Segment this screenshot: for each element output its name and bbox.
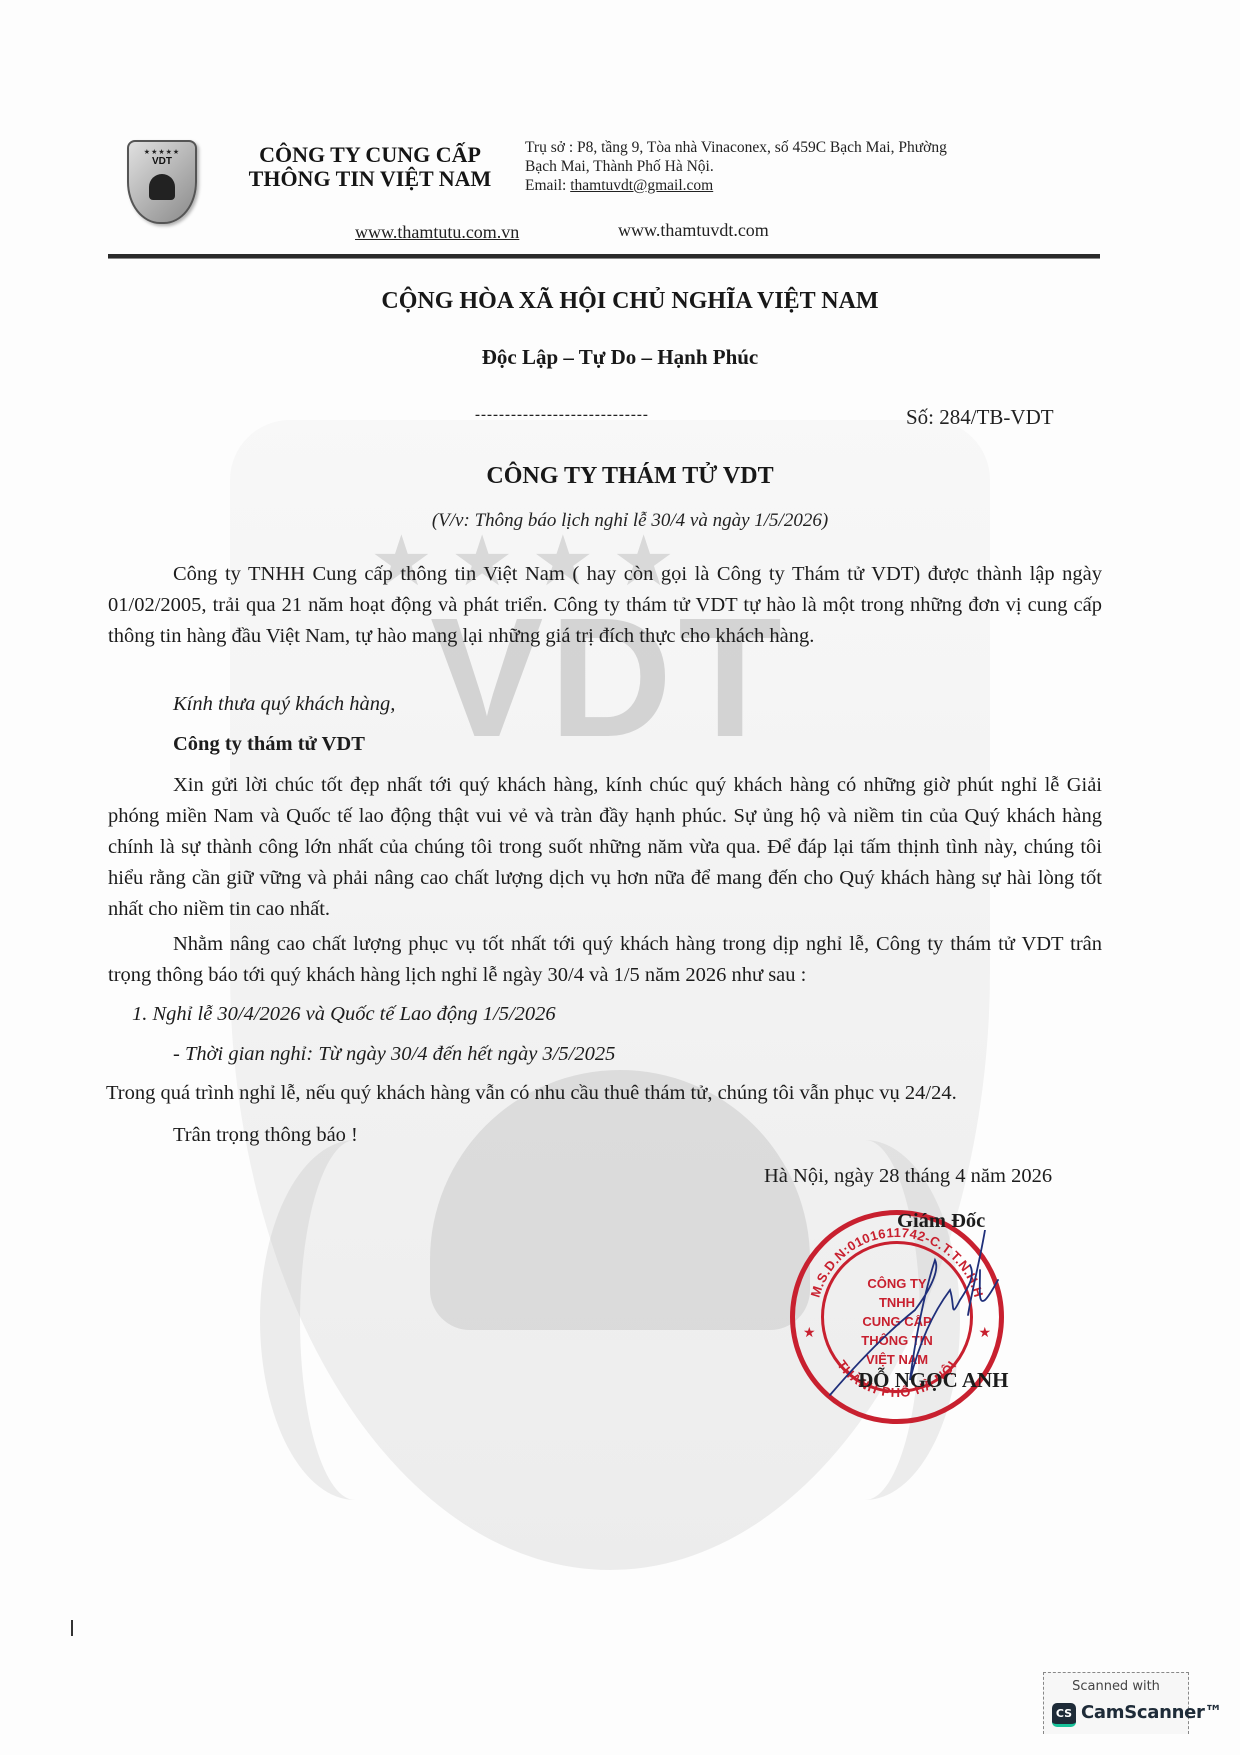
email-row: Email: thamtuvdt@gmail.com <box>525 176 1045 195</box>
paragraph-service-note: Trong quá trình nghỉ lễ, nếu quý khách h… <box>106 1082 957 1105</box>
address-line-1: Trụ sở : P8, tầng 9, Tòa nhà Vinaconex, … <box>525 138 1045 157</box>
holiday-item-1-detail: - Thời gian nghỉ: Từ ngày 30/4 đến hết n… <box>173 1043 615 1066</box>
paragraph-wishes: Xin gửi lời chúc tốt đẹp nhất tới quý kh… <box>108 770 1102 925</box>
greeting: Kính thưa quý khách hàng, <box>173 693 395 716</box>
camscanner-badge: Scanned with CS CamScanner™ <box>1043 1672 1189 1734</box>
paragraph-announcement: Nhằm nâng cao chất lượng phục vụ tốt nhấ… <box>108 929 1102 991</box>
document-page: ★★★★ VDT ★★★★★ VDT CÔNG TY CUNG CẤP THÔN… <box>0 0 1240 1755</box>
holiday-item-1: 1. Nghỉ lễ 30/4/2026 và Quốc tế Lao động… <box>132 1003 556 1026</box>
detective-icon <box>149 174 175 200</box>
email-link[interactable]: thamtuvdt@gmail.com <box>570 177 713 194</box>
document-subject: (V/v: Thông báo lịch nghỉ lễ 30/4 và ngà… <box>0 510 1240 532</box>
national-title: CỘNG HÒA XÃ HỘI CHỦ NGHĨA VIỆT NAM <box>0 288 1240 315</box>
logo-abbr: VDT <box>129 156 195 167</box>
signer-name: ĐỖ NGỌC ANH <box>858 1368 1009 1393</box>
logo-stars-icon: ★★★★★ <box>129 148 195 156</box>
addressee: Công ty thám tử VDT <box>173 733 365 756</box>
company-logo: ★★★★★ VDT <box>127 140 197 224</box>
camscanner-logo-icon: CS <box>1052 1703 1076 1727</box>
separator-dashes: ----------------------------- <box>475 407 649 424</box>
company-name-line-1: CÔNG TY CUNG CẤP <box>240 143 500 167</box>
paragraph-intro: Công ty TNHH Cung cấp thông tin Việt Nam… <box>108 559 1102 652</box>
stamp-star-icon: ★ <box>803 1325 816 1341</box>
website-link-2[interactable]: www.thamtuvdt.com <box>618 220 769 241</box>
document-number: Số: 284/TB-VDT <box>906 405 1054 430</box>
watermark-detective-icon <box>430 1070 810 1330</box>
company-name: CÔNG TY CUNG CẤP THÔNG TIN VIỆT NAM <box>240 143 500 191</box>
address-line-2: Bạch Mai, Thành Phố Hà Nội. <box>525 157 1045 176</box>
company-address: Trụ sở : P8, tầng 9, Tòa nhà Vinaconex, … <box>525 138 1045 195</box>
header-divider <box>108 254 1100 259</box>
national-motto: Độc Lập – Tự Do – Hạnh Phúc <box>0 345 1240 370</box>
scanned-with-label: Scanned with <box>1044 1679 1188 1694</box>
company-name-line-2: THÔNG TIN VIỆT NAM <box>240 167 500 191</box>
website-link-1[interactable]: www.thamtutu.com.vn <box>355 222 519 243</box>
document-title: CÔNG TY THÁM TỬ VDT <box>0 463 1240 490</box>
place-date: Hà Nội, ngày 28 tháng 4 năm 2026 <box>764 1165 1052 1188</box>
email-label: Email: <box>525 177 570 194</box>
closing-line: Trân trọng thông báo ! <box>173 1124 358 1147</box>
scan-margin-mark <box>71 1620 73 1636</box>
watermark-laurel-left-icon <box>260 1140 450 1500</box>
camscanner-brand: CamScanner™ <box>1081 1702 1222 1723</box>
